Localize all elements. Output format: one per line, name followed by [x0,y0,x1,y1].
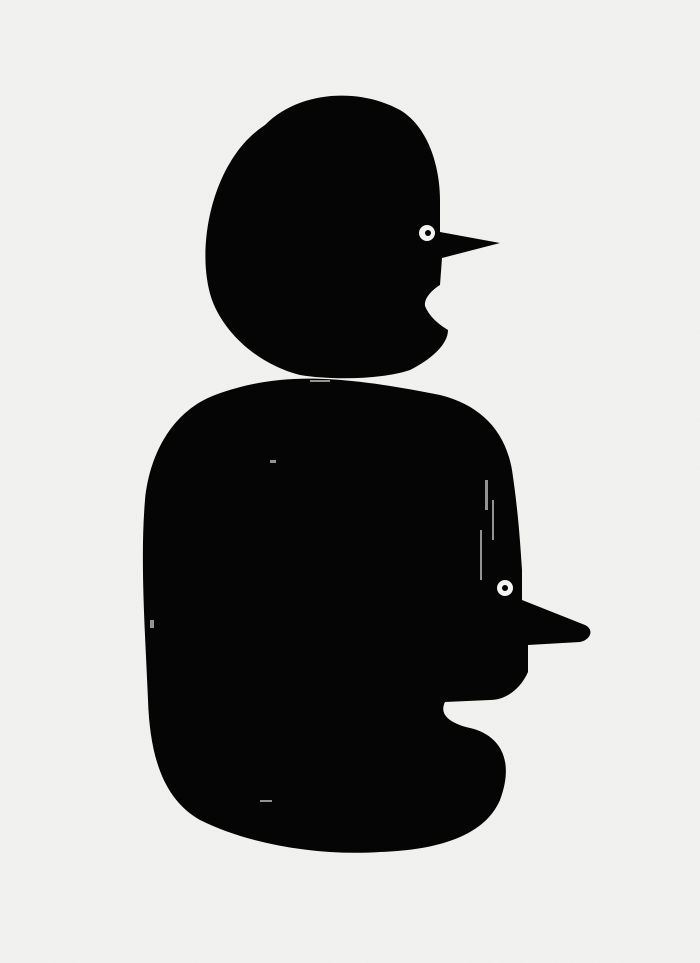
lower-pupil [502,585,508,591]
illustration [0,0,700,963]
upper-pupil [425,230,431,236]
